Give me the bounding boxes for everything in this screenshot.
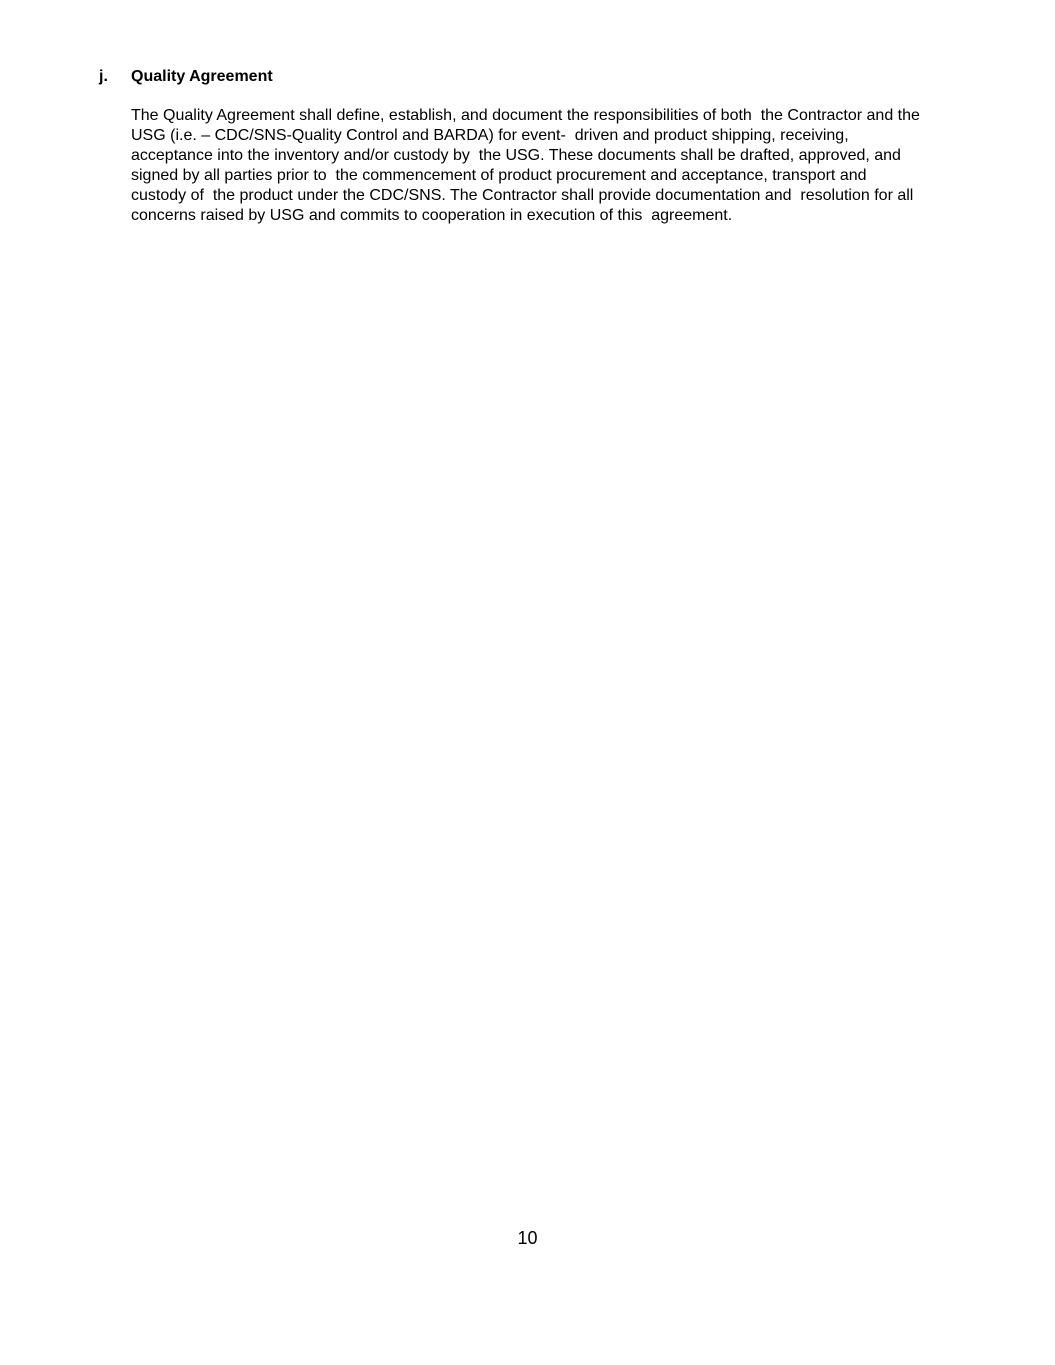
section-letter: j. xyxy=(99,67,131,86)
paragraph-line: The Quality Agreement shall define, esta… xyxy=(131,106,991,126)
section-title: Quality Agreement xyxy=(131,68,273,85)
paragraph-line: acceptance into the inventory and/or cus… xyxy=(131,146,991,166)
page-number: 10 xyxy=(0,1228,1055,1248)
paragraph-line: USG (i.e. – CDC/SNS-Quality Control and … xyxy=(131,126,991,146)
paragraph-line: signed by all parties prior to the comme… xyxy=(131,166,991,186)
paragraph-line: custody of the product under the CDC/SNS… xyxy=(131,186,991,206)
section-heading: j.Quality Agreement xyxy=(99,67,273,86)
paragraph-line: concerns raised by USG and commits to co… xyxy=(131,206,991,226)
section-body-paragraph: The Quality Agreement shall define, esta… xyxy=(131,106,991,226)
